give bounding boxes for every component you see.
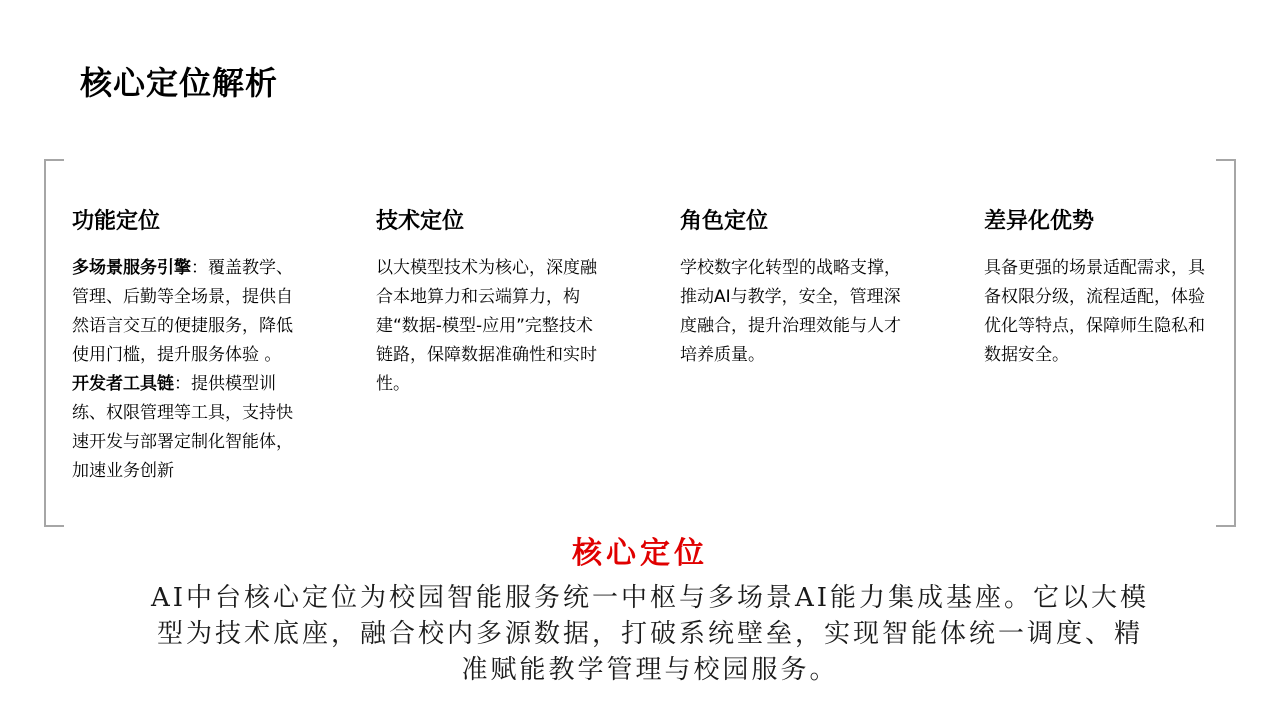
column-heading: 角色定位 <box>680 204 908 240</box>
summary-title: 核心定位 <box>0 532 1280 576</box>
positioning-columns: 功能定位 多场景服务引擎：覆盖教学、管理、后勤等全场景，提供自然语言交互的便捷服… <box>72 204 1212 524</box>
column-technology: 技术定位 以大模型技术为核心，深度融合本地算力和云端算力，构建“数据-模型-应用… <box>376 204 604 399</box>
summary-body: AI中台核心定位为校园智能服务统一中枢与多场景AI能力集成基座。它以大模型为技术… <box>150 580 1150 688</box>
paragraph-lead: 多场景服务引擎 <box>72 258 191 278</box>
column-function: 功能定位 多场景服务引擎：覆盖教学、管理、后勤等全场景，提供自然语言交互的便捷服… <box>72 204 300 486</box>
frame-bracket-right <box>1216 159 1236 527</box>
column-heading: 技术定位 <box>376 204 604 240</box>
column-role: 角色定位 学校数字化转型的战略支撑，推动AI与教学，安全，管理深度融合，提升治理… <box>680 204 908 370</box>
column-heading: 差异化优势 <box>984 204 1212 240</box>
frame-bracket-left <box>44 159 64 527</box>
column-body: 多场景服务引擎：覆盖教学、管理、后勤等全场景，提供自然语言交互的便捷服务，降低使… <box>72 254 300 486</box>
column-differentiation: 差异化优势 具备更强的场景适配需求，具备权限分级，流程适配，体验优化等特点，保障… <box>984 204 1212 370</box>
column-body: 具备更强的场景适配需求，具备权限分级，流程适配，体验优化等特点，保障师生隐私和数… <box>984 254 1212 370</box>
column-heading: 功能定位 <box>72 204 300 240</box>
page-title: 核心定位解析 <box>80 60 278 106</box>
paragraph-lead: 开发者工具链 <box>72 374 174 394</box>
column-body: 以大模型技术为核心，深度融合本地算力和云端算力，构建“数据-模型-应用”完整技术… <box>376 254 604 399</box>
column-body: 学校数字化转型的战略支撑，推动AI与教学，安全，管理深度融合，提升治理效能与人才… <box>680 254 908 370</box>
